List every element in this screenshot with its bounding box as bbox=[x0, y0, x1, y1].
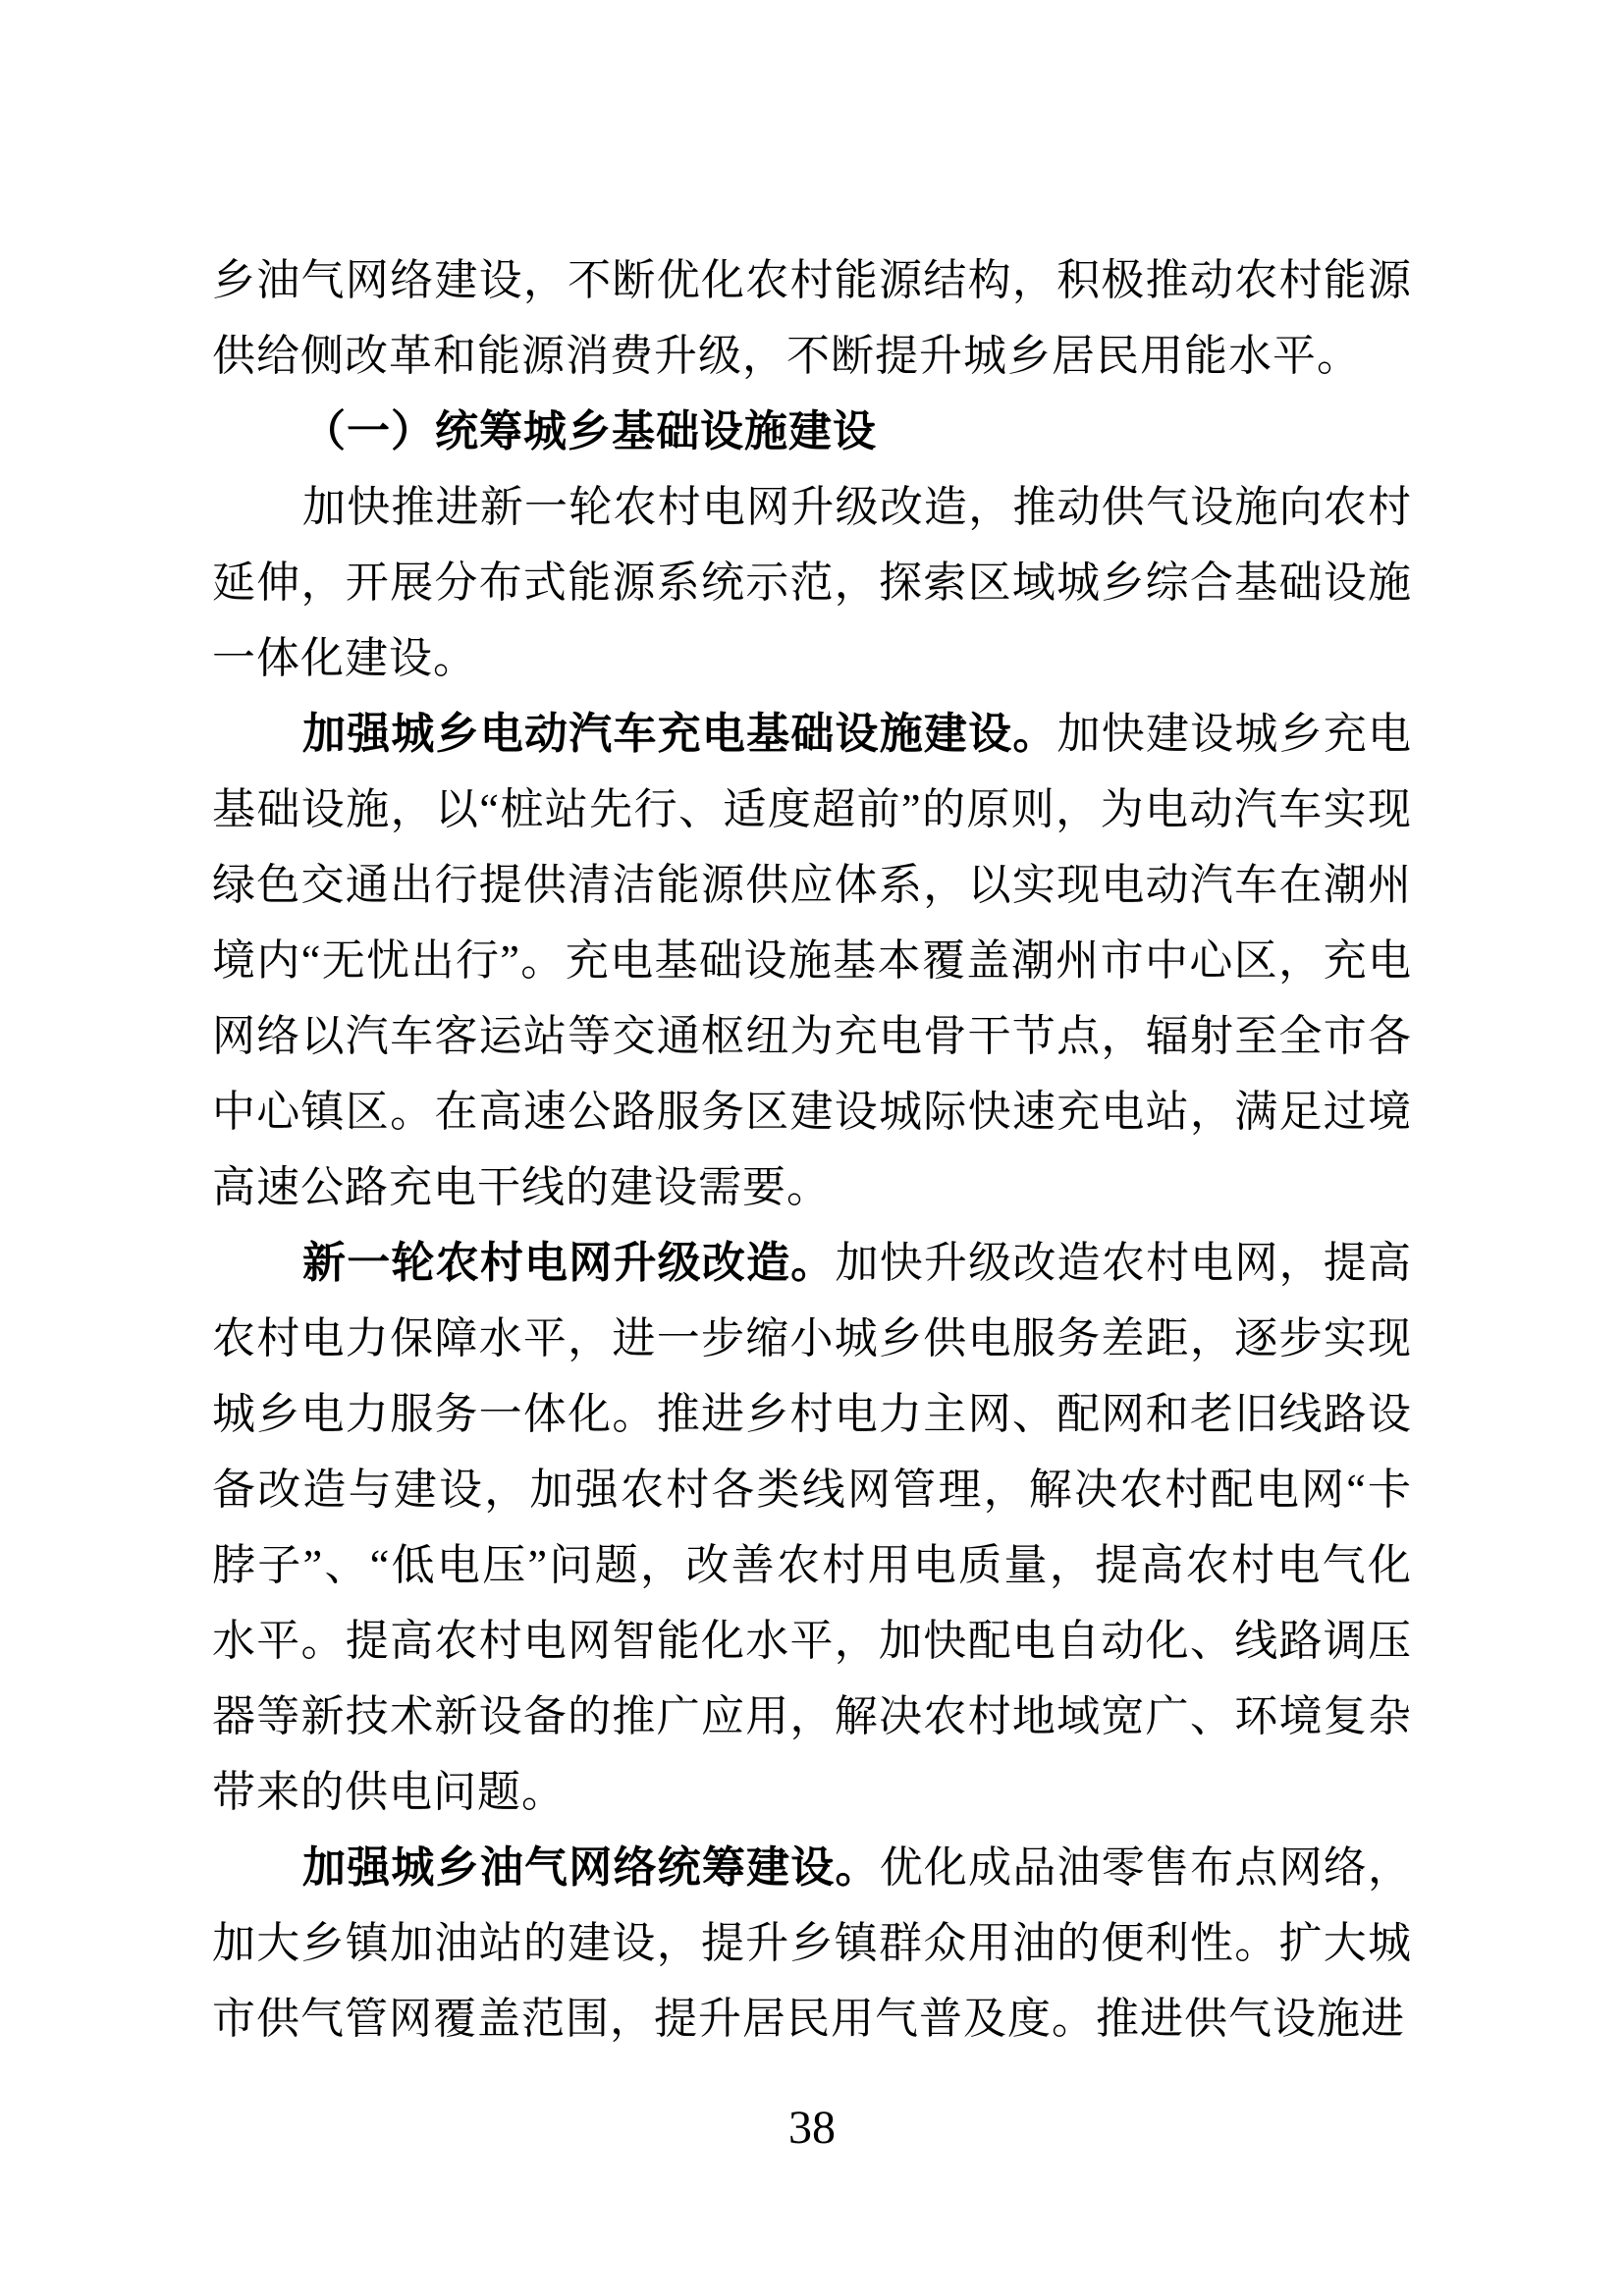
paragraph-energy-continuation: 乡油气网络建设，不断优化农村能源结构，积极推动农村能源供给侧改革和能源消费升级，… bbox=[212, 242, 1412, 394]
paragraph-rural-grid-upgrade-lead: 新一轮农村电网升级改造。 bbox=[302, 1239, 836, 1287]
paragraph-oil-gas-network: 加强城乡油气网络统筹建设。优化成品油零售布点网络，加大乡镇加油站的建设，提升乡镇… bbox=[212, 1830, 1412, 2056]
document-content: 乡油气网络建设，不断优化农村能源结构，积极推动农村能源供给侧改革和能源消费升级，… bbox=[212, 242, 1412, 2056]
page-number: 38 bbox=[0, 2099, 1624, 2158]
section-heading-urban-rural-infrastructure: （一）统筹城乡基础设施建设 bbox=[212, 394, 1412, 469]
paragraph-ev-charging-infrastructure: 加强城乡电动汽车充电基础设施建设。加快建设城乡充电基础设施，以“桩站先行、适度超… bbox=[212, 696, 1412, 1225]
paragraph-ev-charging-text: 加快建设城乡充电基础设施，以“桩站先行、适度超前”的原则，为电动汽车实现绿色交通… bbox=[212, 710, 1412, 1211]
paragraph-rural-grid-upgrade: 新一轮农村电网升级改造。加快升级改造农村电网，提高农村电力保障水平，进一步缩小城… bbox=[212, 1225, 1412, 1830]
paragraph-ev-charging-lead: 加强城乡电动汽车充电基础设施建设。 bbox=[302, 710, 1057, 758]
paragraph-oil-gas-network-lead: 加强城乡油气网络统筹建设。 bbox=[302, 1843, 880, 1892]
paragraph-grid-upgrade-intro: 加快推进新一轮农村电网升级改造，推动供气设施向农村延伸，开展分布式能源系统示范，… bbox=[212, 469, 1412, 696]
document-page: 乡油气网络建设，不断优化农村能源结构，积极推动农村能源供给侧改革和能源消费升级，… bbox=[0, 0, 1624, 2296]
paragraph-rural-grid-upgrade-text: 加快升级改造农村电网，提高农村电力保障水平，进一步缩小城乡供电服务差距，逐步实现… bbox=[212, 1239, 1412, 1816]
